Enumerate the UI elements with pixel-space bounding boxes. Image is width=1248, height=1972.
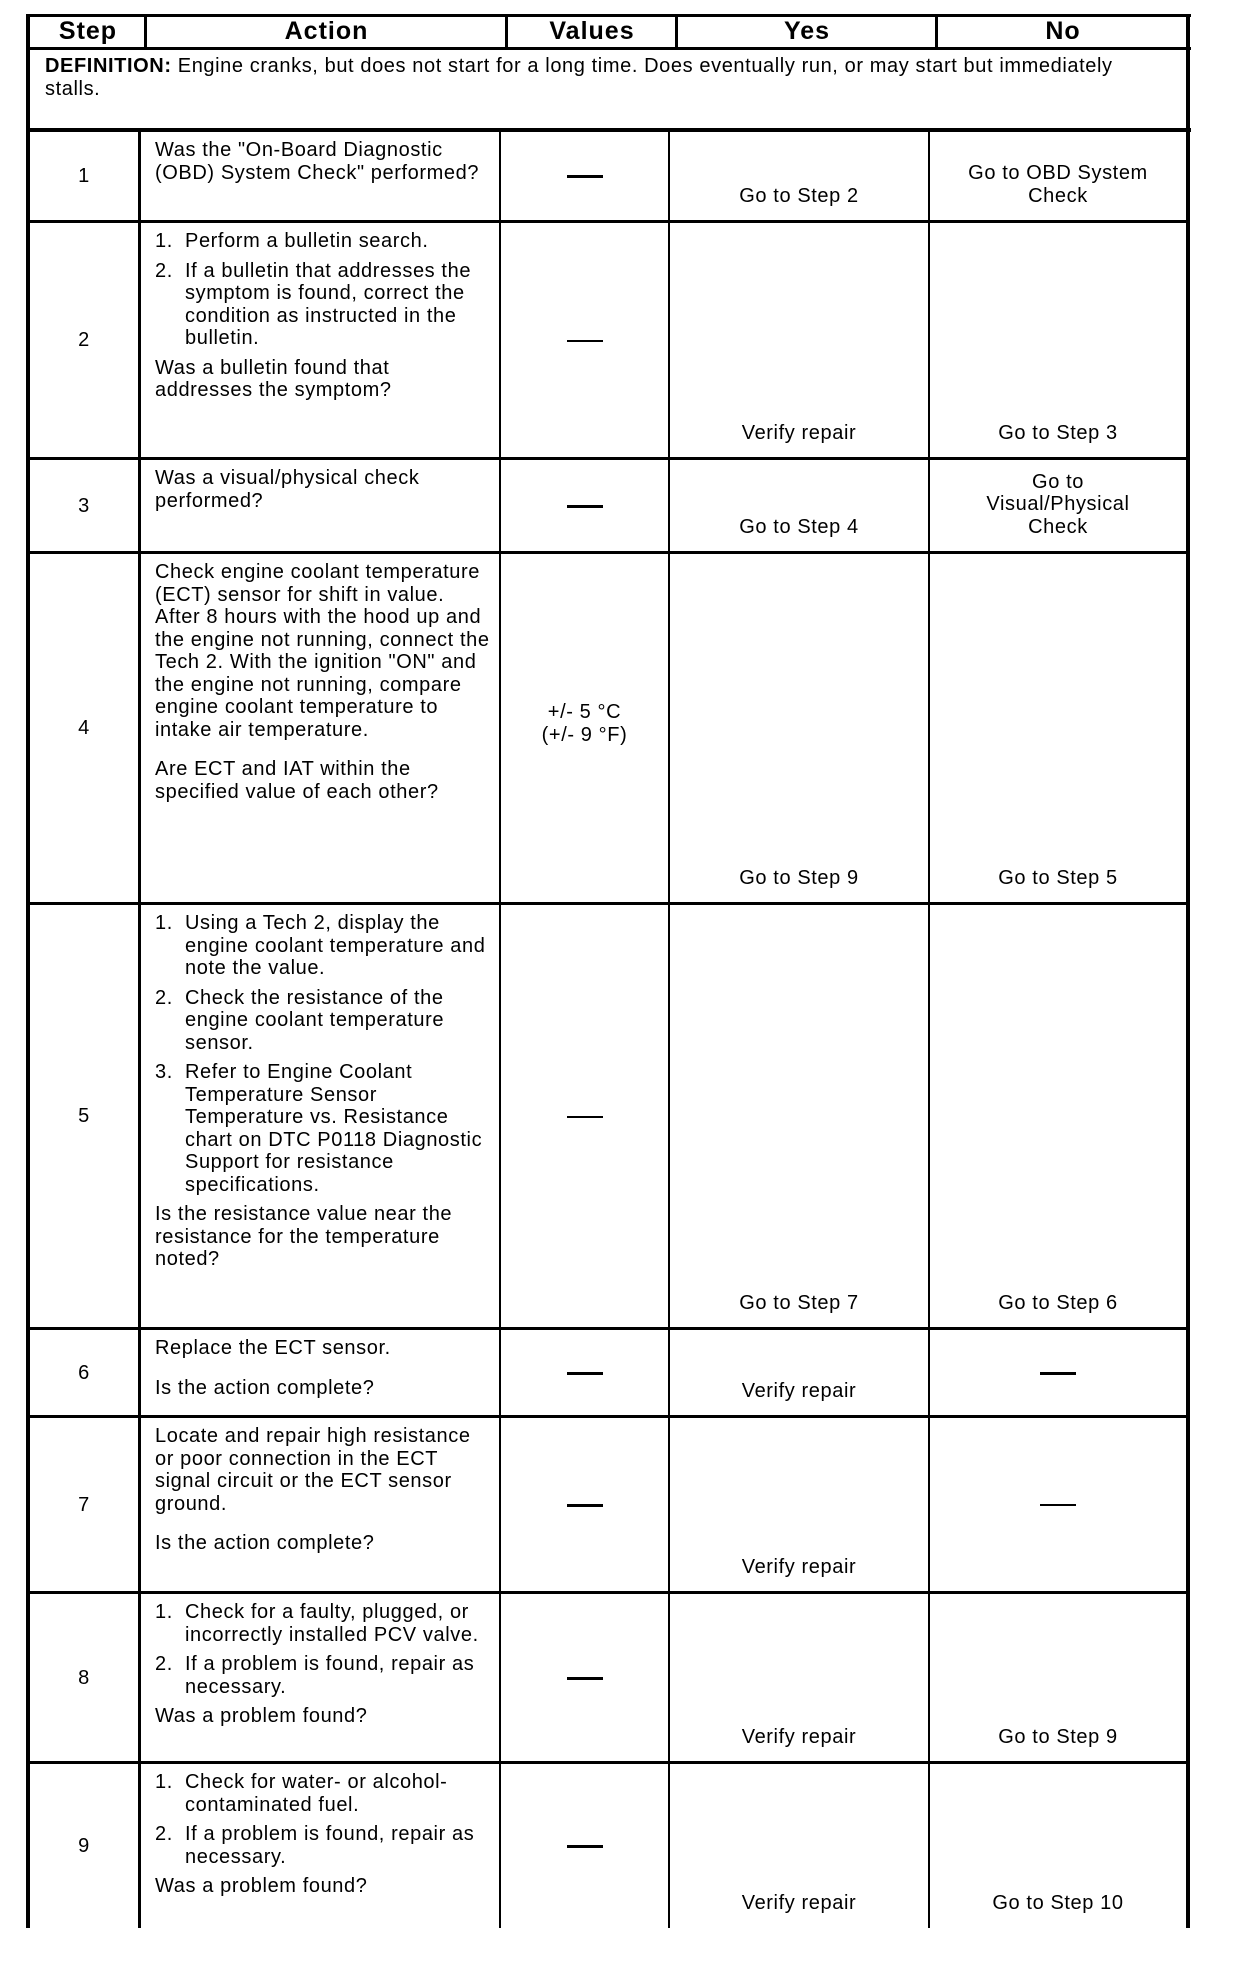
values-cell [501, 905, 668, 1328]
action-steps-list: 1.Perform a bulletin search.2.If a bulle… [155, 230, 491, 350]
header-divider [505, 14, 508, 49]
values-cell [501, 223, 668, 458]
em-dash-icon [567, 340, 603, 342]
action-step-number: 1. [155, 230, 185, 253]
definition-label: DEFINITION: [45, 55, 172, 77]
table-right-border [1186, 14, 1190, 1928]
yes-action-link[interactable]: Go to Step 4 [739, 516, 859, 539]
action-step-text: If a problem is found, repair as necessa… [185, 1823, 491, 1868]
values-text: +/- 5 °C(+/- 9 °F) [542, 701, 628, 746]
values-line: (+/- 9 °F) [542, 724, 628, 747]
action-cell: 1.Using a Tech 2, display the engine coo… [141, 905, 499, 1328]
step-number: 1 [30, 132, 138, 221]
no-action-link[interactable]: Go to Step 6 [998, 1292, 1118, 1315]
step-number: 6 [30, 1330, 138, 1416]
step-number: 4 [30, 554, 138, 903]
action-question: Was a bulletin found that addresses the … [155, 357, 491, 402]
action-cell: 1.Check for water- or alcohol-contaminat… [141, 1764, 499, 1928]
action-cell: Was a visual/physical check performed? [141, 460, 499, 552]
yes-action-link[interactable]: Go to Step 2 [739, 185, 859, 208]
no-cell[interactable]: Go to Visual/Physical Check [930, 460, 1186, 552]
step-number: 8 [30, 1594, 138, 1762]
no-action-link[interactable]: Go to Step 3 [998, 422, 1118, 445]
action-step-number: 2. [155, 260, 185, 350]
action-cell: Locate and repair high resistance or poo… [141, 1418, 499, 1592]
action-cell: 1.Check for a faulty, plugged, or incorr… [141, 1594, 499, 1762]
yes-cell[interactable]: Verify repair [670, 1764, 928, 1928]
header-step: Step [31, 16, 145, 48]
no-action-link[interactable]: Go to Step 10 [992, 1892, 1123, 1915]
yes-cell[interactable]: Verify repair [670, 223, 928, 458]
step-number: 5 [30, 905, 138, 1328]
no-cell[interactable]: Go to Step 10 [930, 1764, 1186, 1928]
action-step-item: 2.If a problem is found, repair as neces… [155, 1823, 491, 1868]
body-divider [138, 130, 141, 1928]
no-action-link[interactable]: Go to Step 9 [998, 1726, 1118, 1749]
values-cell [501, 1330, 668, 1416]
action-steps-list: 1.Using a Tech 2, display the engine coo… [155, 912, 491, 1196]
header-no: No [938, 16, 1188, 48]
values-cell: +/- 5 °C(+/- 9 °F) [501, 554, 668, 903]
step-number: 7 [30, 1418, 138, 1592]
action-step-number: 1. [155, 1771, 185, 1816]
action-step-item: 1.Using a Tech 2, display the engine coo… [155, 912, 491, 980]
values-line: +/- 5 °C [542, 701, 628, 724]
yes-action-link[interactable]: Go to Step 9 [739, 867, 859, 890]
action-step-item: 1.Check for a faulty, plugged, or incorr… [155, 1601, 491, 1646]
action-step-number: 3. [155, 1061, 185, 1196]
action-step-item: 3.Refer to Engine Coolant Temperature Se… [155, 1061, 491, 1196]
spacer [155, 741, 491, 758]
action-cell: Replace the ECT sensor.Is the action com… [141, 1330, 499, 1416]
yes-cell[interactable]: Go to Step 7 [670, 905, 928, 1328]
em-dash-icon [1040, 1372, 1076, 1375]
yes-cell[interactable]: Go to Step 4 [670, 460, 928, 552]
no-cell [930, 1330, 1186, 1416]
table-left-border [26, 14, 30, 1928]
values-cell [501, 132, 668, 221]
yes-action-link[interactable]: Verify repair [742, 1726, 857, 1749]
values-cell [501, 1418, 668, 1592]
yes-action-link[interactable]: Verify repair [742, 1380, 857, 1403]
action-text: Check engine coolant temperature (ECT) s… [155, 561, 491, 741]
header-values: Values [508, 16, 676, 48]
action-step-text: Check the resistance of the engine coola… [185, 987, 491, 1055]
action-step-text: Check for water- or alcohol-contaminated… [185, 1771, 491, 1816]
action-question: Was a problem found? [155, 1705, 491, 1728]
action-question: Is the action complete? [155, 1532, 491, 1555]
action-step-text: Refer to Engine Coolant Temperature Sens… [185, 1061, 491, 1196]
no-action-link[interactable]: Go to Visual/Physical Check [963, 471, 1153, 539]
action-text: Replace the ECT sensor. [155, 1337, 491, 1360]
em-dash-icon [567, 1845, 603, 1848]
yes-action-link[interactable]: Verify repair [742, 1556, 857, 1579]
action-step-number: 2. [155, 987, 185, 1055]
em-dash-icon [567, 1116, 603, 1118]
no-cell[interactable]: Go to OBD System Check [930, 132, 1186, 221]
action-step-number: 2. [155, 1653, 185, 1698]
yes-cell[interactable]: Verify repair [670, 1418, 928, 1592]
action-step-number: 2. [155, 1823, 185, 1868]
yes-cell[interactable]: Go to Step 9 [670, 554, 928, 903]
action-steps-list: 1.Check for water- or alcohol-contaminat… [155, 1771, 491, 1868]
action-step-item: 2.Check the resistance of the engine coo… [155, 987, 491, 1055]
action-question: Are ECT and IAT within the specified val… [155, 758, 491, 803]
no-cell[interactable]: Go to Step 6 [930, 905, 1186, 1328]
yes-action-link[interactable]: Go to Step 7 [739, 1292, 859, 1315]
em-dash-icon [567, 1677, 603, 1680]
action-step-text: If a problem is found, repair as necessa… [185, 1653, 491, 1698]
diagnostic-table: Step Action Values Yes No DEFINITION: En… [0, 0, 1248, 1972]
no-action-link[interactable]: Go to OBD System Check [963, 162, 1153, 207]
action-step-number: 1. [155, 912, 185, 980]
yes-action-link[interactable]: Verify repair [742, 1892, 857, 1915]
header-yes: Yes [678, 16, 936, 48]
em-dash-icon [567, 175, 603, 178]
action-cell: 1.Perform a bulletin search.2.If a bulle… [141, 223, 499, 458]
definition-row: DEFINITION: Engine cranks, but does not … [31, 50, 1185, 129]
em-dash-icon [567, 1372, 603, 1375]
spacer [155, 1360, 491, 1377]
action-cell: Check engine coolant temperature (ECT) s… [141, 554, 499, 903]
action-question: Was a problem found? [155, 1875, 491, 1898]
body-divider [499, 130, 501, 1928]
action-step-item: 1.Check for water- or alcohol-contaminat… [155, 1771, 491, 1816]
no-cell[interactable]: Go to Step 9 [930, 1594, 1186, 1762]
action-text: Was the "On-Board Diagnostic (OBD) Syste… [155, 139, 491, 184]
header-divider [935, 14, 938, 49]
step-number: 9 [30, 1764, 138, 1928]
step-number: 2 [30, 223, 138, 458]
action-step-text: Perform a bulletin search. [185, 230, 491, 253]
em-dash-icon [1040, 1504, 1076, 1506]
action-text: Locate and repair high resistance or poo… [155, 1425, 491, 1515]
action-step-item: 2.If a bulletin that addresses the sympt… [155, 260, 491, 350]
action-step-item: 1.Perform a bulletin search. [155, 230, 491, 253]
values-cell [501, 460, 668, 552]
body-divider [668, 130, 670, 1928]
em-dash-icon [567, 1504, 603, 1507]
body-divider [928, 130, 930, 1928]
action-step-text: Using a Tech 2, display the engine coola… [185, 912, 491, 980]
header-action: Action [147, 16, 506, 48]
spacer [155, 1515, 491, 1532]
header-divider [675, 14, 678, 49]
definition-bottom-border [28, 128, 1191, 132]
action-step-text: Check for a faulty, plugged, or incorrec… [185, 1601, 491, 1646]
table-top-border [28, 14, 1191, 17]
action-steps-list: 1.Check for a faulty, plugged, or incorr… [155, 1601, 491, 1698]
action-step-number: 1. [155, 1601, 185, 1646]
yes-cell[interactable]: Verify repair [670, 1330, 928, 1416]
action-step-item: 2.If a problem is found, repair as neces… [155, 1653, 491, 1698]
yes-cell[interactable]: Go to Step 2 [670, 132, 928, 221]
action-question: Is the action complete? [155, 1377, 491, 1400]
no-action-link[interactable]: Go to Step 5 [998, 867, 1118, 890]
action-text: Was a visual/physical check performed? [155, 467, 491, 512]
definition-text: Engine cranks, but does not start for a … [45, 55, 1113, 100]
values-cell [501, 1764, 668, 1928]
action-cell: Was the "On-Board Diagnostic (OBD) Syste… [141, 132, 499, 221]
em-dash-icon [567, 505, 603, 508]
values-cell [501, 1594, 668, 1762]
header-bottom-border [28, 47, 1191, 50]
no-cell[interactable]: Go to Step 5 [930, 554, 1186, 903]
header-divider [144, 14, 147, 49]
no-cell [930, 1418, 1186, 1592]
action-question: Is the resistance value near the resista… [155, 1203, 491, 1271]
yes-action-link[interactable]: Verify repair [742, 422, 857, 445]
action-step-text: If a bulletin that addresses the symptom… [185, 260, 491, 350]
yes-cell[interactable]: Verify repair [670, 1594, 928, 1762]
step-number: 3 [30, 460, 138, 552]
no-cell[interactable]: Go to Step 3 [930, 223, 1186, 458]
